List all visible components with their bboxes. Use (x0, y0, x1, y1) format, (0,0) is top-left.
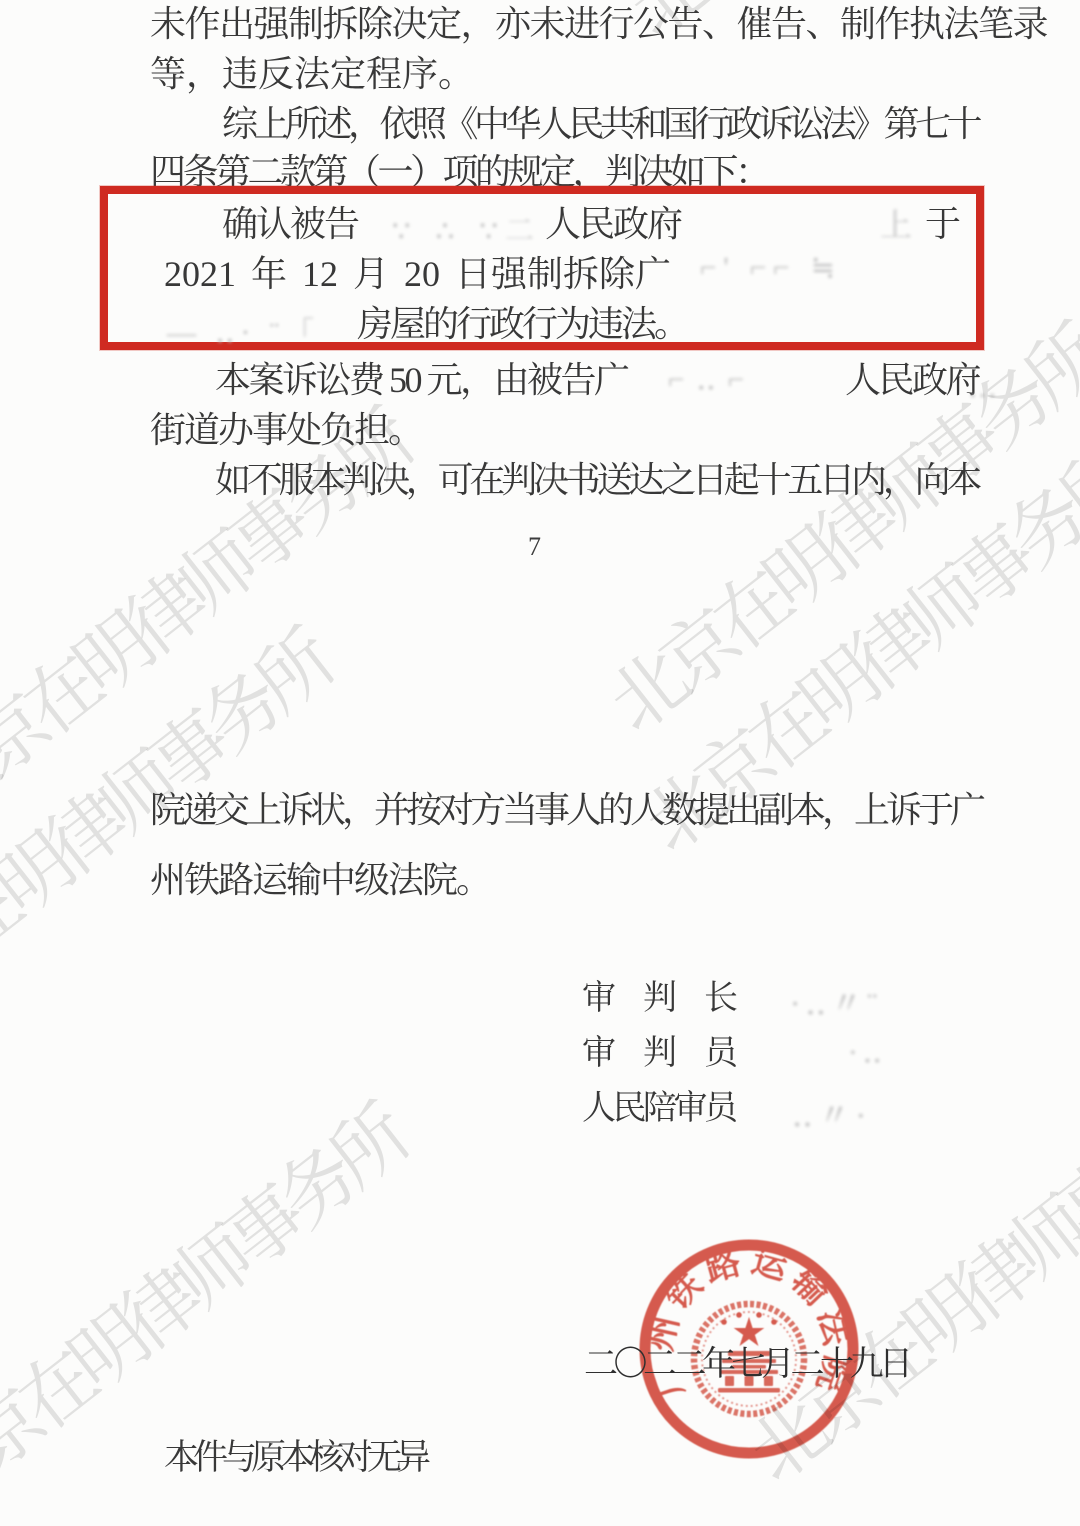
page-number: 7 (528, 532, 541, 562)
signature-row-chief-judge: 审 判 长 (582, 970, 740, 1019)
redaction-smudge: ⌐‥⌐ (668, 362, 756, 397)
body-line: 人民政府 (845, 358, 979, 402)
verdict-line: 2021 年 12 月 20 日强制拆除广 (164, 252, 671, 296)
verdict-line-tail: 于 (925, 202, 961, 246)
body-line: 本案诉讼费 50 元，由被告广 (215, 358, 628, 402)
verdict-line-lead: 确认被告 (222, 202, 358, 246)
redaction-smudge: 上 (880, 200, 912, 246)
verdict-line: 房屋的行政行为违法。 (357, 302, 687, 346)
body-line: 未作出强制拆除决定，亦未进行公告、催告、制作执法笔录 (150, 2, 1047, 46)
date-line: 二〇二二年七月二十九日 (584, 1336, 909, 1385)
watermark-text: 北京在明律师事务所 (592, 314, 1080, 751)
redaction-smudge: ⌐' ⌐⌐ ≒ (700, 250, 842, 285)
signature-row-assessor: 人民陪审员 (582, 1080, 740, 1129)
body-line: 州铁路运输中级法院。 (150, 858, 490, 902)
judgment-document-page: 北京在明律师事务所 北京在明律师事务所 北京在明律师事务所 北京在明律师事务所 … (0, 0, 1080, 1526)
body-line: 等，违反法定程序。 (150, 52, 474, 96)
redaction-smudge: ∵ ∴ ∵ (392, 214, 507, 249)
certification-line: 本件与原本核对无异 (164, 1430, 425, 1480)
body-line: 如不服本判决，可在判决书送达之日起十五日内，向本 (215, 458, 978, 502)
redaction-smudge: 二 (505, 208, 534, 249)
redaction-smudge: — ‥· ¨「 (167, 310, 320, 351)
redaction-smudge: ·‥ (848, 1035, 887, 1070)
body-line: 院递交上诉状，并按对方当事人的人数提出副本，上诉于广 (150, 788, 982, 832)
watermark-text: 北京在明律师事务所 (0, 619, 346, 1056)
body-line: 街道办事处负担。 (150, 408, 422, 452)
verdict-line-mid: 人民政府 (545, 202, 681, 246)
redaction-smudge: … (968, 372, 997, 405)
redaction-smudge: ·‥〃¨ (790, 978, 882, 1023)
body-line: 综上所述，依照《中华人民共和国行政诉讼法》第七十 (222, 102, 978, 146)
signature-row-judge: 审 判 员 (582, 1025, 740, 1074)
redaction-smudge: ‥〃· (792, 1090, 872, 1135)
